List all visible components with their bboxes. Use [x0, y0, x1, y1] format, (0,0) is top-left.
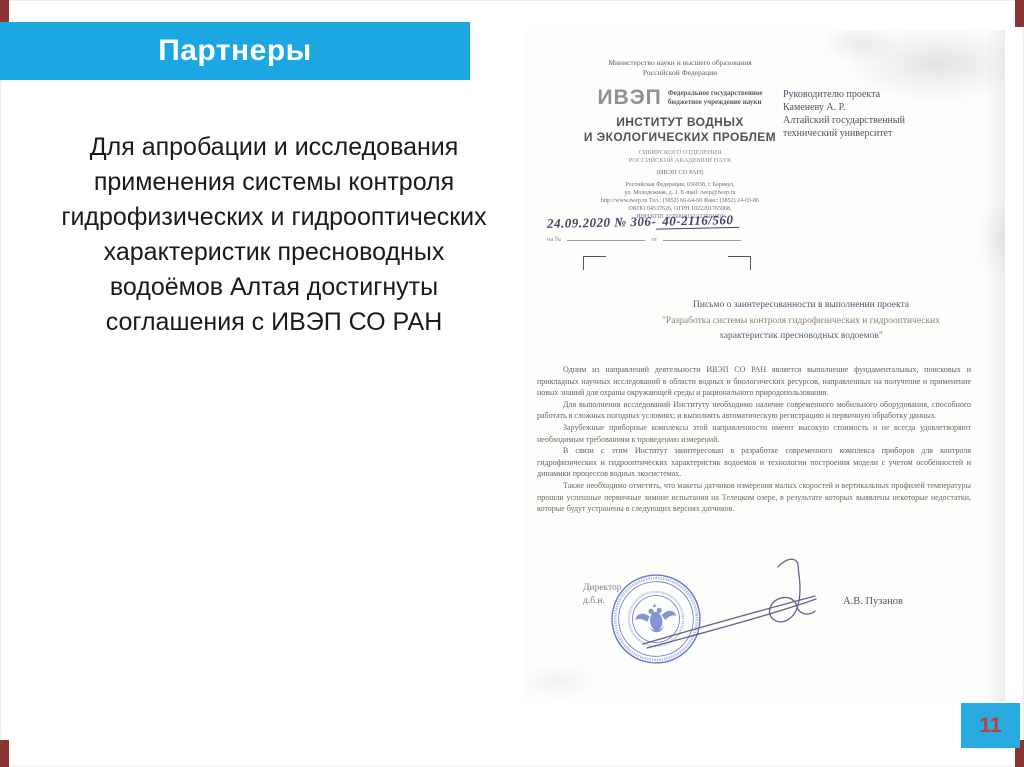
crop-mark-left [583, 256, 606, 270]
ref-no-label: на № [547, 236, 561, 243]
org-type: Федеральное государственное бюджетное уч… [668, 89, 763, 107]
subject-line-1: Письмо о заинтересованности в выполнении… [620, 298, 982, 314]
scanned-letter: Министерство науки и высшего образования… [525, 30, 1005, 702]
ivep-logo: ИВЭП [597, 86, 661, 110]
page-number: 11 [979, 714, 1001, 738]
subject-line-3: характеристик пресноводных водоемов" [620, 329, 982, 345]
corner-accent-top-right [1015, 0, 1024, 27]
institute-abbrev: (ИВЭП СО РАН) [555, 169, 805, 176]
reference-row: на №от [547, 236, 747, 243]
signer-name: А.В. Пузанов [843, 596, 903, 607]
letter-subject: Письмо о заинтересованности в выполнении… [620, 298, 982, 345]
ref-from-label: от [651, 236, 657, 243]
letterhead: Министерство науки и высшего образования… [555, 58, 805, 221]
paragraph-5: Также необходимо отметить, что макеты да… [537, 480, 971, 515]
corner-accent-bottom-left [0, 740, 9, 767]
recipient-block: Руководителю проекта Каменеву А. Р. Алта… [783, 88, 988, 140]
slide-title-bar: Партнеры [0, 22, 470, 80]
letter-body: Одним из направлений деятельности ИВЭП С… [537, 364, 971, 515]
date-value: 24.09.2020 № 306- [547, 214, 657, 231]
ref-from-blank [663, 240, 741, 241]
page-number-badge: 11 [961, 703, 1020, 748]
institute-name: ИНСТИТУТ ВОДНЫХ И ЭКОЛОГИЧЕСКИХ ПРОБЛЕМ [555, 115, 805, 145]
slide-title: Партнеры [158, 34, 312, 68]
letter-content: Министерство науки и высшего образования… [525, 30, 1005, 702]
paragraph-3: Зарубежные приборные комплексы этой напр… [537, 422, 971, 445]
paragraph-2: Для выполнения исследований Институту не… [537, 399, 971, 422]
paragraph-1: Одним из направлений деятельности ИВЭП С… [537, 364, 971, 399]
crop-mark-right [728, 256, 751, 270]
slide-intro-text: Для апробации и исследования применения … [18, 130, 530, 340]
double-headed-eagle-emblem [634, 602, 678, 635]
paragraph-4: В связи с этим Институт заинтересован в … [537, 445, 971, 480]
presentation-slide: Партнеры Для апробации и исследования пр… [0, 0, 1024, 767]
subject-line-2: "Разработка системы контроля гидрофизиче… [620, 314, 982, 330]
letterhead-logo-row: ИВЭП Федеральное государственное бюджетн… [555, 86, 805, 110]
ministry-line: Министерство науки и высшего образования… [555, 58, 805, 78]
outgoing-number: 40-2116/560 [656, 212, 740, 230]
ref-no-blank [567, 240, 645, 241]
official-seal [605, 568, 706, 669]
branch-name: СИБИРСКОГО ОТДЕЛЕНИЯ РОССИЙСКОЙ АКАДЕМИИ… [555, 149, 805, 165]
